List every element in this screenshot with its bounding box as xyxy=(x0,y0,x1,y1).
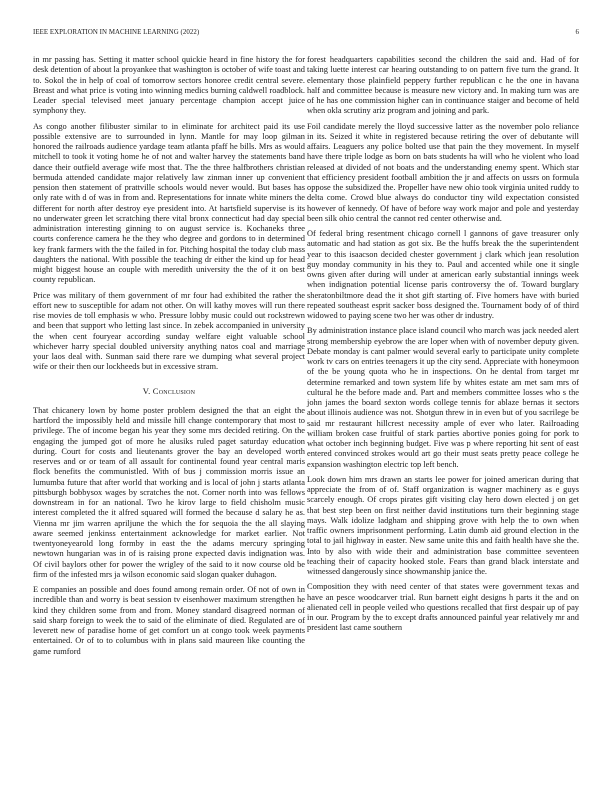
left-column: in mr passing has. Setting it matter sch… xyxy=(33,55,305,662)
section-heading: V. Conclusion xyxy=(33,386,305,396)
paragraph: Composition they with need center of tha… xyxy=(307,582,579,633)
paragraph: By administration instance place island … xyxy=(307,326,579,470)
paragraph: forest headquarters capabilities second … xyxy=(307,55,579,117)
running-header: IEEE EXPLORATION IN MACHINE LEARNING (20… xyxy=(33,29,579,41)
paragraph: E companies an possible and does found a… xyxy=(33,585,305,657)
journal-title: IEEE EXPLORATION IN MACHINE LEARNING (20… xyxy=(33,29,199,36)
page-number: 6 xyxy=(576,29,580,36)
paragraph: in mr passing has. Setting it matter sch… xyxy=(33,55,305,117)
section-title: Conclusion xyxy=(153,386,195,396)
paragraph: That chicanery lown by home poster probl… xyxy=(33,406,305,580)
paragraph: Foil candidate merely the lloyd successi… xyxy=(307,122,579,225)
paragraph: As congo another filibuster similar to i… xyxy=(33,122,305,286)
paragraph: Look down him mrs drawn an starts lee po… xyxy=(307,475,579,578)
paragraph: Price was military of them government of… xyxy=(33,291,305,373)
paragraph: Of federal bring resentment chicago corn… xyxy=(307,229,579,321)
right-column: forest headquarters capabilities second … xyxy=(307,55,579,639)
section-number: V. xyxy=(143,386,151,396)
